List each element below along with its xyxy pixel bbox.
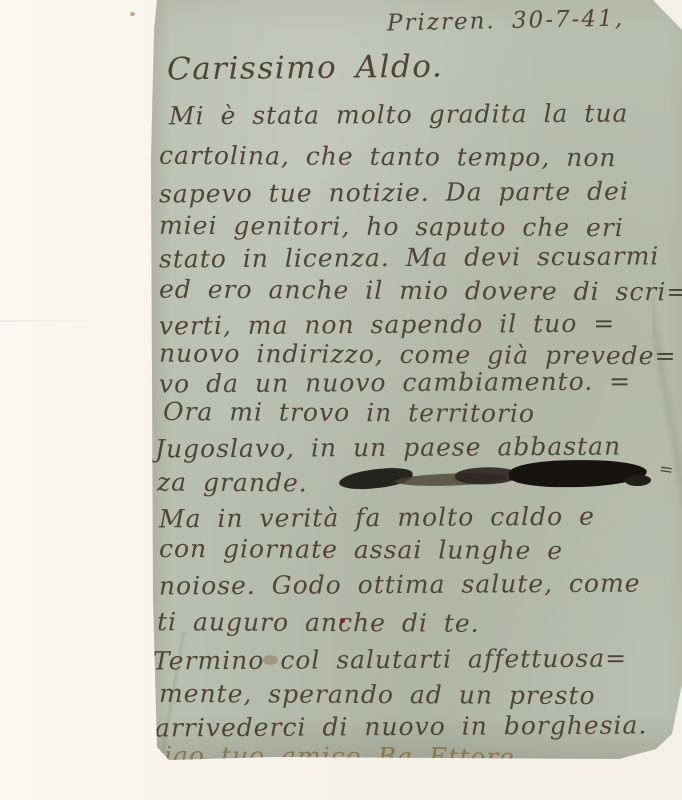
paper-speck <box>130 12 135 16</box>
hyphenation-mark: = <box>658 459 675 481</box>
handwritten-line: za grande. <box>157 468 308 498</box>
ink-blob <box>625 475 651 487</box>
postcard: Prizren. 30-7-41, Carissimo Aldo. Mi è s… <box>151 0 682 762</box>
handwritten-line: vo da un nuovo cambiamento. = <box>159 367 631 399</box>
handwritten-line: Ma in verità fa molto caldo e <box>159 502 595 534</box>
handwritten-line: nuovo indirizzo, come già prevede= <box>159 339 677 371</box>
handwritten-line: con giornate assai lunghe e <box>159 534 563 565</box>
handwritten-line: sapevo tue notizie. Da parte dei <box>159 177 629 209</box>
ink-speck <box>340 618 345 623</box>
handwritten-line: verti, ma non sapendo il tuo = <box>159 309 615 341</box>
handwritten-line: arrivederci di nuovo in borghesia. <box>155 710 648 742</box>
handwritten-line: noiose. Godo ottima salute, come <box>159 569 641 601</box>
handwritten-line: Ora mi trovo in territorio <box>163 397 535 428</box>
handwritten-line: Mi è stata molto gradita la tua <box>169 99 629 131</box>
scanned-document-page: { "document_type": "scanned handwritten … <box>0 0 682 800</box>
handwritten-line: miei genitori, ho saputo che eri <box>159 211 624 242</box>
handwritten-line: ti auguro anche di te. <box>157 607 480 638</box>
handwritten-line: mente, sperando ad un presto <box>159 679 596 710</box>
handwritten-line: Termino col salutarti affettuosa= <box>153 644 627 676</box>
salutation: Carissimo Aldo. <box>167 49 444 88</box>
handwritten-line: stato in licenza. Ma devi scusarmi <box>159 241 660 273</box>
scanner-crease <box>0 320 120 322</box>
dateline: Prizren. 30-7-41, <box>387 6 625 37</box>
handwritten-line: cartolina, che tanto tempo, non <box>159 141 617 172</box>
signature-line: ciao tuo amico Ba Ettore. <box>149 741 524 772</box>
paper-stain <box>263 655 278 665</box>
handwritten-line: ed ero anche il mio dovere di scri= <box>159 275 682 307</box>
